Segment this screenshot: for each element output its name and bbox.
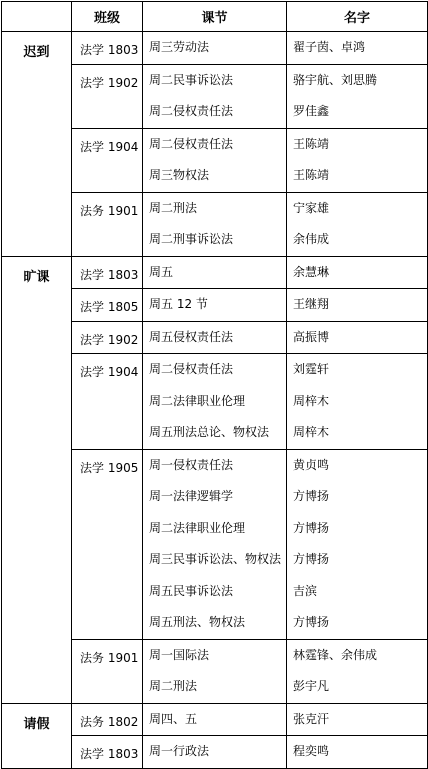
class-cell: 法学 1902 [72,64,143,128]
course-cell: 周五 [143,256,287,289]
names-cell: 林霆锋、余伟成彭宇凡 [287,639,428,703]
header-category [2,2,72,32]
course-cell: 周一国际法周二刑法 [143,639,287,703]
names-entry: 周梓木 [287,386,427,418]
course-entry: 周一法律逻辑学 [143,481,286,513]
names-cell: 张克汗 [287,703,428,736]
names-entry: 翟子茵、卓鸿 [287,32,427,64]
names-entry: 刘霆轩 [287,354,427,386]
table-row: 迟到法学 1803周三劳动法翟子茵、卓鸿 [2,32,428,65]
course-entry: 周二民事诉讼法 [143,65,286,97]
class-cell: 法务 1901 [72,639,143,703]
course-entry: 周五侵权责任法 [143,322,286,354]
names-entry: 方博扬 [287,607,427,639]
course-entry: 周五刑法总论、物权法 [143,417,286,449]
header-row: 班级 课节 名字 [2,2,428,32]
course-entry: 周一行政法 [143,736,286,759]
names-cell: 高振博 [287,321,428,354]
course-entry: 周二刑法 [143,671,286,703]
course-entry: 周五民事诉讼法 [143,576,286,608]
names-entry: 林霆锋、余伟成 [287,640,427,672]
names-entry: 王陈靖 [287,129,427,161]
names-entry: 骆宇航、刘思腾 [287,65,427,97]
course-entry: 周一国际法 [143,640,286,672]
names-cell: 王继翔 [287,289,428,322]
course-entry: 周三劳动法 [143,32,286,64]
names-entry: 宁家雄 [287,193,427,225]
course-entry: 周三物权法 [143,160,286,192]
names-entry: 张克汗 [287,704,427,736]
course-entry: 周五 [143,257,286,289]
names-cell: 翟子茵、卓鸿 [287,32,428,65]
names-entry: 余伟成 [287,224,427,256]
course-cell: 周一行政法 [143,736,287,760]
course-entry: 周二侵权责任法 [143,129,286,161]
header-names: 名字 [287,2,428,32]
names-entry: 方博扬 [287,481,427,513]
class-cell: 法学 1905 [72,449,143,639]
course-cell: 周三劳动法 [143,32,287,65]
attendance-table: 班级 课节 名字 迟到法学 1803周三劳动法翟子茵、卓鸿法学 1902周二民事… [1,1,428,759]
course-entry: 周二侵权责任法 [143,354,286,386]
course-entry: 周五刑法、物权法 [143,607,286,639]
names-cell: 程奕鸣 [287,736,428,760]
names-entry: 高振博 [287,322,427,354]
course-entry: 周五 12 节 [143,289,286,321]
course-entry: 周二刑事诉讼法 [143,224,286,256]
names-entry: 周梓木 [287,417,427,449]
names-entry: 方博扬 [287,544,427,576]
category-cell: 请假 [2,703,72,759]
names-entry: 程奕鸣 [287,736,427,759]
class-cell: 法务 1802 [72,703,143,736]
class-cell: 法学 1902 [72,321,143,354]
course-cell: 周二侵权责任法周三物权法 [143,128,287,192]
names-cell: 骆宇航、刘思腾罗佳鑫 [287,64,428,128]
course-entry: 周四、五 [143,704,286,736]
class-cell: 法学 1803 [72,256,143,289]
names-entry: 罗佳鑫 [287,96,427,128]
names-entry: 彭宇凡 [287,671,427,703]
class-cell: 法学 1803 [72,736,143,760]
names-entry: 方博扬 [287,513,427,545]
names-cell: 刘霆轩周梓木周梓木 [287,354,428,450]
names-entry: 黄贞鸣 [287,450,427,482]
course-entry: 周二侵权责任法 [143,96,286,128]
course-entry: 周三民事诉讼法、物权法 [143,544,286,576]
names-entry: 王继翔 [287,289,427,321]
header-course: 课节 [143,2,287,32]
names-cell: 黄贞鸣方博扬方博扬方博扬吉滨方博扬 [287,449,428,639]
names-cell: 宁家雄余伟成 [287,192,428,256]
course-entry: 周二法律职业伦理 [143,386,286,418]
category-cell: 迟到 [2,32,72,257]
course-cell: 周二侵权责任法周二法律职业伦理周五刑法总论、物权法 [143,354,287,450]
course-cell: 周五 12 节 [143,289,287,322]
header-class: 班级 [72,2,143,32]
course-cell: 周四、五 [143,703,287,736]
names-cell: 余慧琳 [287,256,428,289]
names-entry: 吉滨 [287,576,427,608]
class-cell: 法学 1805 [72,289,143,322]
names-entry: 王陈靖 [287,160,427,192]
table-row: 旷课法学 1803周五余慧琳 [2,256,428,289]
course-cell: 周二刑法周二刑事诉讼法 [143,192,287,256]
course-cell: 周二民事诉讼法周二侵权责任法 [143,64,287,128]
names-entry: 余慧琳 [287,257,427,289]
category-cell: 旷课 [2,256,72,703]
course-entry: 周一侵权责任法 [143,450,286,482]
course-cell: 周五侵权责任法 [143,321,287,354]
class-cell: 法学 1803 [72,32,143,65]
class-cell: 法务 1901 [72,192,143,256]
class-cell: 法学 1904 [72,128,143,192]
course-entry: 周二刑法 [143,193,286,225]
names-cell: 王陈靖王陈靖 [287,128,428,192]
table-row: 请假法务 1802周四、五张克汗 [2,703,428,736]
course-cell: 周一侵权责任法周一法律逻辑学周二法律职业伦理周三民事诉讼法、物权法周五民事诉讼法… [143,449,287,639]
course-entry: 周二法律职业伦理 [143,513,286,545]
class-cell: 法学 1904 [72,354,143,450]
